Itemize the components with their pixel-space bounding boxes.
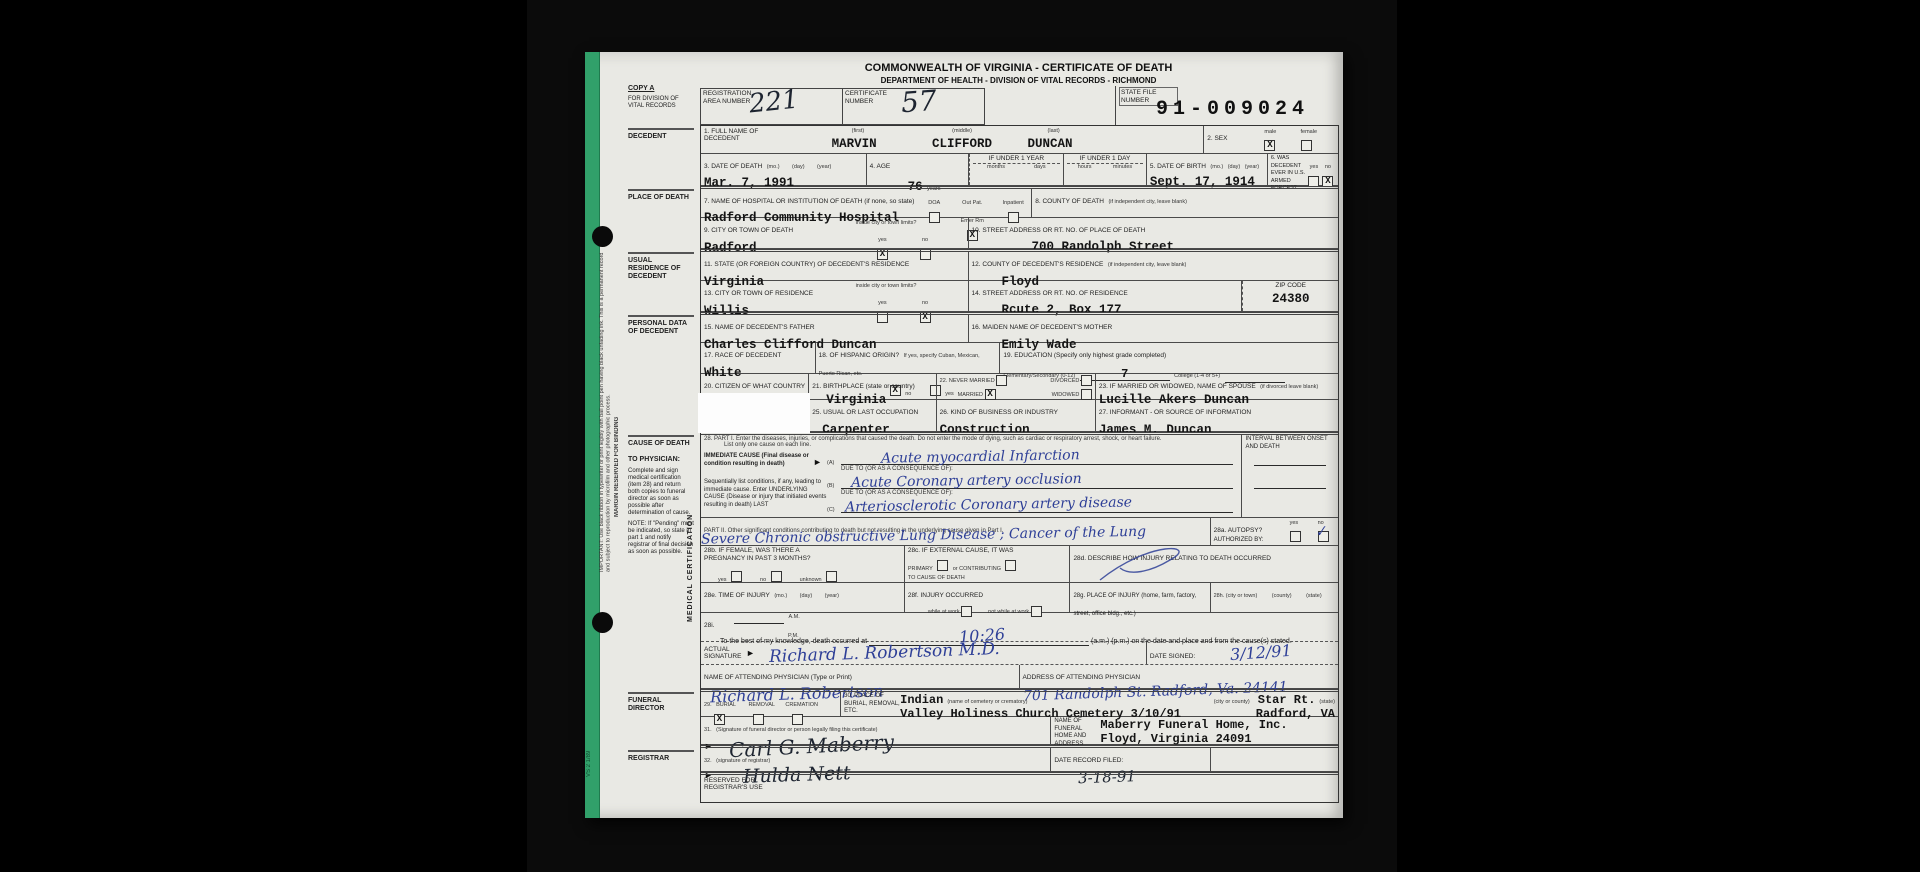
first-sublabel: (first) — [852, 128, 865, 134]
side-label-place-of-death: PLACE OF DEATH — [628, 189, 694, 202]
spouse-label: 23. IF MARRIED OR WIDOWED, NAME OF SPOUS… — [1099, 383, 1256, 390]
cause-line-a: Acute myocardial Infarction — [841, 448, 1233, 465]
statement-num: 28i. — [704, 622, 714, 629]
residence-limits-no-label: no — [922, 300, 928, 306]
dob-year: (year) — [1245, 164, 1259, 170]
months-label: months — [987, 164, 1005, 170]
part2-value: Severe Chronic obstructive Lung Disease … — [701, 522, 1225, 547]
field-age: 4. AGE 76 years — [867, 154, 969, 185]
first-name-value: MARVIN — [832, 137, 877, 151]
citizen-label: 20. CITIZEN OF WHAT COUNTRY — [704, 383, 805, 390]
days-label: days — [1034, 164, 1046, 170]
field-date-signed: DATE SIGNED: 3/12/91 — [1147, 642, 1338, 664]
cause-line-c: Arteriosclerotic Coronary artery disease — [841, 496, 1233, 513]
funeral-signature-num: 31. — [704, 727, 712, 733]
field-part1-causes: 28. PART I. Enter the diseases, injuries… — [701, 435, 1242, 517]
field-injury-description: 28d. DESCRIBE HOW INJURY RELATING TO DEA… — [1070, 546, 1338, 582]
line-a-tag: (A) — [827, 460, 834, 466]
funeral-home-name: Maberry Funeral Home, Inc. — [1100, 718, 1287, 732]
married-checkbox: X — [985, 389, 996, 400]
certificate-number-label: CERTIFICATE NUMBER — [845, 90, 905, 105]
field-injury-location: 28h. (city or town) (county) (state) — [1211, 583, 1338, 612]
dod-year: (year) — [817, 164, 831, 170]
inpatient-label: Inpatient — [1003, 200, 1024, 206]
sex-male-label: male — [1264, 129, 1276, 135]
last-name-value: DUNCAN — [1027, 137, 1072, 151]
field-date-filed: DATE RECORD FILED: 3-18-91 — [1051, 748, 1210, 771]
date-of-birth-label: 5. DATE OF BIRTH — [1150, 163, 1206, 170]
margin-binding-note: MARGIN RESERVED FOR BINDING — [614, 287, 620, 517]
removal-label: REMOVAL — [748, 702, 775, 708]
field-place-of-burial: 30. PLACE OF BURIAL, REMOVAL, ETC. India… — [841, 692, 1338, 716]
disposition-num: 29. — [704, 702, 712, 708]
father-label: 15. NAME OF DECEDENT'S FATHER — [704, 324, 815, 331]
field-funeral-home: NAME OF FUNERAL HOME AND ADDRESS Maberry… — [1051, 717, 1338, 744]
field-hospital: 7. NAME OF HOSPITAL OR INSTITUTION OF DE… — [701, 189, 1032, 217]
toi-mo: (mo.) — [774, 593, 787, 599]
physician-signature-value: Richard L. Robertson M.D. — [769, 639, 1000, 667]
place-of-burial-label: 30. PLACE OF BURIAL, REMOVAL, ETC. — [844, 693, 900, 715]
sex-female-label: female — [1301, 129, 1318, 135]
residence-limits-label: inside city or town limits? — [856, 283, 917, 289]
field-blank-cell — [1211, 748, 1338, 771]
city-county-note: (city or county) — [1214, 699, 1250, 705]
residence-state-label: 11. STATE (OR FOREIGN COUNTRY) OF DECEDE… — [704, 261, 909, 268]
age-label: 4. AGE — [870, 163, 891, 170]
field-race: 17. RACE OF DECEDENT White — [701, 343, 816, 373]
divorced-label: DIVORCED — [1050, 378, 1079, 384]
field-business: 26. KIND OF BUSINESS OR INDUSTRY Constru… — [937, 400, 1096, 431]
education-label: 19. EDUCATION (Specify only highest grad… — [1003, 352, 1166, 359]
signature-arrow: ► — [746, 648, 755, 658]
autopsy-yes-checkbox — [1290, 531, 1301, 542]
sex-label: 2. SEX — [1207, 135, 1227, 142]
form-code: VS 2 1/89 — [586, 717, 592, 777]
to-physician-label: TO PHYSICIAN: — [628, 456, 694, 464]
side-label-decedent: DECEDENT — [628, 128, 694, 141]
funeral-home-address: Floyd, Virginia 24091 — [1100, 732, 1287, 746]
field-occupation: 25. USUAL OR LAST OCCUPATION Carpenter — [809, 400, 936, 431]
mother-label: 16. MAIDEN NAME OF DECEDENT'S MOTHER — [972, 324, 1113, 331]
divorced-checkbox — [1081, 375, 1092, 386]
date-filed-label: DATE RECORD FILED: — [1054, 757, 1123, 764]
limits-yes-label: yes — [878, 237, 887, 243]
side-label-usual-residence: USUAL RESIDENCE OF DECEDENT — [628, 252, 694, 281]
sex-male-checkbox: X — [1264, 140, 1275, 151]
zip-label: ZIP CODE — [1246, 282, 1335, 290]
street-of-death-label: 10. STREET ADDRESS OR RT. NO. OF PLACE O… — [972, 227, 1146, 234]
field-date-of-birth: 5. DATE OF BIRTH (mo.) (day) (year) Sept… — [1147, 154, 1268, 185]
business-label: 26. KIND OF BUSINESS OR INDUSTRY — [940, 409, 1058, 416]
middle-name-value: CLIFFORD — [932, 137, 992, 151]
physician-address-label: ADDRESS OF ATTENDING PHYSICIAN — [1023, 674, 1141, 681]
dob-mo: (mo.) — [1210, 164, 1223, 170]
line-c-tag: (C) — [827, 507, 835, 513]
physician-note: NOTE: If "Pending" must be indicated, so… — [628, 521, 694, 556]
field-full-name: 1. FULL NAME OF DECEDENT (first) (middle… — [701, 126, 1204, 153]
registrar-signature-label: (signature of registrar) — [716, 758, 770, 764]
field-residence-city: 13. CITY OR TOWN OF RESIDENCE Willis ins… — [701, 281, 969, 311]
field-autopsy: 28a. AUTOPSY? yes no AUTHORIZED BY: ✓ — [1211, 518, 1338, 545]
field-birthplace: 21. BIRTHPLACE (state or country) Virgin… — [809, 374, 936, 399]
injury-state-label: (state) — [1306, 593, 1322, 599]
armed-forces-label: 6. WAS DECEDENT EVER IN U.S. ARMED FORCE… — [1271, 155, 1307, 184]
field-armed-forces: 6. WAS DECEDENT EVER IN U.S. ARMED FORCE… — [1268, 154, 1338, 185]
registration-area-box: REGISTRATION AREA NUMBER 221 — [700, 88, 843, 125]
birthplace-label: 21. BIRTHPLACE (state or country) — [812, 383, 914, 390]
copy-label-block: COPY A FOR DIVISION OF VITAL RECORDS — [628, 82, 694, 110]
middle-sublabel: (middle) — [952, 128, 972, 134]
registrar-signature-num: 32. — [704, 758, 712, 764]
interval-line-1 — [1254, 465, 1326, 466]
interval-label: INTERVAL BETWEEN ONSET AND DEATH — [1245, 436, 1335, 451]
occupation-label: 25. USUAL OR LAST OCCUPATION — [812, 409, 918, 416]
burial-city-value: Star Rt. — [1258, 693, 1316, 707]
registration-area-value: 221 — [748, 84, 801, 119]
certificate-form: 1. FULL NAME OF DECEDENT (first) (middle… — [700, 125, 1339, 803]
side-label-personal-data: PERSONAL DATA OF DECEDENT — [628, 315, 694, 336]
field-actual-signature: ACTUAL SIGNATURE ► Richard L. Robertson … — [701, 642, 1147, 664]
field-injury-occurred: 28f. INJURY OCCURRED while at work not w… — [905, 583, 1071, 612]
field-physician-address: ADDRESS OF ATTENDING PHYSICIAN 701 Rando… — [1020, 665, 1339, 688]
dod-mo: (mo.) — [767, 164, 780, 170]
limits-no-label: no — [922, 237, 928, 243]
primary-checkbox — [937, 560, 948, 571]
residence-county-label: 12. COUNTY OF DECEDENT'S RESIDENCE — [972, 261, 1104, 268]
hours-label: hours — [1078, 164, 1092, 170]
margin-important-note: IMPORTANT: Use black ribbon in typewrite… — [599, 242, 612, 572]
physician-name-label: NAME OF ATTENDING PHYSICIAN (Type or Pri… — [704, 674, 852, 681]
hospital-label: 7. NAME OF HOSPITAL OR INSTITUTION OF DE… — [704, 198, 914, 205]
pregnancy-no-checkbox — [771, 571, 782, 582]
injury-city-label: 28h. (city or town) — [1214, 593, 1258, 599]
contributing-label: or CONTRIBUTING — [953, 566, 1001, 572]
funeral-home-label: NAME OF FUNERAL HOME AND ADDRESS — [1054, 718, 1100, 743]
field-city-of-death: 9. CITY OR TOWN OF DEATH Radford inside … — [701, 218, 969, 248]
immediate-cause-arrow: ► — [813, 457, 822, 467]
under-1-year-label: IF UNDER 1 YEAR — [973, 155, 1061, 164]
hispanic-label: 18. OF HISPANIC ORIGIN? — [819, 352, 899, 359]
minutes-label: minutes — [1113, 164, 1132, 170]
physician-instructions: Complete and sign medical certification … — [628, 468, 694, 517]
field-street-of-death: 10. STREET ADDRESS OR RT. NO. OF PLACE O… — [969, 218, 1338, 248]
cause-a-value: Acute myocardial Infarction — [881, 447, 1080, 466]
handwriting-flourish — [1090, 546, 1250, 580]
cause-b-value: Acute Coronary artery occlusion — [851, 471, 1082, 491]
side-label-funeral-director: FUNERAL DIRECTOR — [628, 692, 694, 713]
certificate-number-box: CERTIFICATE NUMBER 57 — [843, 88, 985, 125]
informant-label: 27. INFORMANT - OR SOURCE OF INFORMATION — [1099, 409, 1251, 416]
field-date-of-death: 3. DATE OF DEATH (mo.) (day) (year) Mar.… — [701, 154, 867, 185]
armed-forces-no-label: no — [1325, 164, 1331, 170]
side-label-cause-of-death: CAUSE OF DEATH TO PHYSICIAN: Complete an… — [628, 435, 694, 556]
certificate-title: COMMONWEALTH OF VIRGINIA - CERTIFICATE O… — [700, 62, 1337, 74]
field-pregnancy: 28b. IF FEMALE, WAS THERE A PREGNANCY IN… — [701, 546, 905, 582]
city-of-death-label: 9. CITY OR TOWN OF DEATH — [704, 227, 793, 234]
widowed-checkbox — [1081, 389, 1092, 400]
field-zip: ZIP CODE 24380 — [1242, 281, 1338, 311]
field-physician-name: NAME OF ATTENDING PHYSICIAN (Type or Pri… — [701, 665, 1020, 688]
sex-female-checkbox — [1301, 140, 1312, 151]
field-hispanic: 18. OF HISPANIC ORIGIN? If yes, specify … — [816, 343, 1001, 373]
burial-label: BURIAL — [716, 702, 736, 708]
autopsy-no-mark: ✓ — [1314, 523, 1329, 541]
field-reserved: RESERVED FOR REGISTRAR'S USE — [701, 775, 1338, 802]
state-note: (state) — [1319, 699, 1335, 705]
city-limits-label: inside city or town limits? — [856, 220, 917, 226]
residence-county-note: (if independent city, leave blank) — [1108, 262, 1186, 268]
toi-day: (day) — [800, 593, 813, 599]
last-sublabel: (last) — [1048, 128, 1060, 134]
full-name-label: 1. FULL NAME OF DECEDENT — [704, 128, 764, 143]
field-external-cause: 28c. IF EXTERNAL CAUSE, IT WAS PRIMARY o… — [905, 546, 1071, 582]
date-of-death-label: 3. DATE OF DEATH — [704, 163, 762, 170]
binder-hole-bottom — [592, 612, 613, 633]
field-residence-state: 11. STATE (OR FOREIGN COUNTRY) OF DECEDE… — [701, 252, 969, 280]
field-education: 19. EDUCATION (Specify only highest grad… — [1000, 343, 1338, 373]
county-of-death-note: (if independent city, leave blank) — [1108, 199, 1186, 205]
residence-city-label: 13. CITY OR TOWN OF RESIDENCE — [704, 290, 813, 297]
copy-label: COPY A — [628, 85, 694, 93]
residence-limits-yes-label: yes — [878, 300, 887, 306]
field-county-of-death: 8. COUNTY OF DEATH (if independent city,… — [1032, 189, 1338, 217]
cause-line-b: Acute Coronary artery occlusion — [841, 472, 1233, 489]
doa-label: DOA — [928, 200, 940, 206]
date-signed-label: DATE SIGNED: — [1150, 653, 1195, 660]
burial-place-line1: Indian — [900, 693, 943, 707]
primary-label: PRIMARY — [908, 566, 933, 572]
field-time-of-injury: 28e. TIME OF INJURY (mo.) (day) (year) A… — [701, 583, 905, 612]
redaction-box — [698, 393, 810, 433]
never-married-checkbox — [996, 375, 1007, 386]
death-certificate-scan: MARGIN RESERVED FOR BINDING IMPORTANT: U… — [585, 52, 1343, 818]
residence-street-label: 14. STREET ADDRESS OR RT. NO. OF RESIDEN… — [972, 290, 1128, 297]
field-spouse: 23. IF MARRIED OR WIDOWED, NAME OF SPOUS… — [1096, 374, 1338, 399]
county-of-death-label: 8. COUNTY OF DEATH — [1035, 198, 1104, 205]
field-informant: 27. INFORMANT - OR SOURCE OF INFORMATION… — [1096, 400, 1338, 431]
field-interval: INTERVAL BETWEEN ONSET AND DEATH — [1242, 435, 1338, 517]
zip-value: 24380 — [1246, 292, 1335, 306]
side-label-medical-certification: MEDICAL CERTIFICATION — [687, 447, 694, 622]
injury-county-label: (county) — [1272, 593, 1292, 599]
armed-forces-yes-label: yes — [1310, 164, 1319, 170]
field-disposition: 29. BURIAL REMOVAL CREMATION X — [701, 692, 841, 716]
date-signed-value: 3/12/91 — [1229, 641, 1292, 664]
widowed-label: WIDOWED — [1052, 392, 1080, 398]
external-cause-label: 28c. IF EXTERNAL CAUSE, IT WAS — [908, 547, 1067, 555]
field-time-of-death-statement: 28i. To the best of my knowledge, death … — [701, 613, 1338, 641]
division-label: FOR DIVISION OF VITAL RECORDS — [628, 96, 694, 110]
field-mother: 16. MAIDEN NAME OF DECEDENT'S MOTHER Emi… — [969, 315, 1338, 342]
pregnancy-label: 28b. IF FEMALE, WAS THERE A PREGNANCY IN… — [704, 547, 824, 562]
side-label-registrar: REGISTRAR — [628, 750, 694, 763]
never-married-label: NEVER MARRIED — [949, 378, 995, 384]
field-residence-county: 12. COUNTY OF DECEDENT'S RESIDENCE (if i… — [969, 252, 1338, 280]
injury-occurred-label: 28f. INJURY OCCURRED — [908, 592, 983, 599]
pregnancy-unknown-checkbox — [826, 571, 837, 582]
time-of-injury-label: 28e. TIME OF INJURY — [704, 592, 770, 599]
field-father: 15. NAME OF DECEDENT'S FATHER Charles Cl… — [701, 315, 969, 342]
field-sex: 2. SEX male female X — [1204, 126, 1338, 153]
sequential-label: Sequentially list conditions, if any, le… — [704, 479, 829, 509]
cause-c-value: Arteriosclerotic Coronary artery disease — [845, 494, 1132, 515]
cemetery-note: (name of cemetery or crematory) — [947, 699, 1027, 705]
under-1-day-label: IF UNDER 1 DAY — [1067, 155, 1143, 164]
immediate-cause-label: IMMEDIATE CAUSE (Final disease or condit… — [704, 453, 812, 468]
cremation-label: CREMATION — [785, 702, 818, 708]
autopsy-yes-label: yes — [1290, 520, 1299, 526]
cause-of-death-label: CAUSE OF DEATH — [628, 440, 694, 448]
field-residence-street: 14. STREET ADDRESS OR RT. NO. OF RESIDEN… — [969, 281, 1243, 311]
spouse-note: (if divorced leave blank) — [1260, 384, 1318, 390]
married-label: MARRIED — [958, 392, 983, 398]
dod-day: (day) — [792, 164, 805, 170]
line-b-tag: (B) — [827, 483, 834, 489]
toi-year: (year) — [825, 593, 839, 599]
race-label: 17. RACE OF DECEDENT — [704, 352, 781, 359]
reserved-label: RESERVED FOR REGISTRAR'S USE — [704, 777, 774, 792]
contributing-checkbox — [1005, 560, 1016, 571]
field-registrar-signature: 32. (signature of registrar) ► Hulda Net… — [701, 748, 1051, 771]
field-if-under-1-day: IF UNDER 1 DAY hours minutes — [1064, 154, 1147, 185]
interval-line-2 — [1254, 488, 1326, 489]
state-file-box: STATE FILE NUMBER 91-009024 — [1115, 86, 1337, 125]
state-file-value: 91-009024 — [1156, 98, 1309, 121]
binding-edge-strip — [585, 52, 600, 818]
field-funeral-signature: 31. (Signature of funeral director or pe… — [701, 717, 1051, 744]
pregnancy-yes-checkbox — [731, 571, 742, 582]
field-marital-status: 22. NEVER MARRIED DIVORCED MARRIED X WID… — [937, 374, 1096, 399]
to-cause-label: TO CAUSE OF DEATH — [908, 575, 1067, 581]
field-part2: PART II. Other significant conditions co… — [701, 518, 1211, 545]
field-place-of-injury: 28g. PLACE OF INJURY (home, farm, factor… — [1070, 583, 1210, 612]
field-if-under-1-year: IF UNDER 1 YEAR months days — [969, 154, 1065, 185]
dob-day: (day) — [1228, 164, 1241, 170]
actual-signature-label: ACTUAL SIGNATURE — [704, 646, 746, 661]
certificate-number-value: 57 — [900, 84, 938, 119]
